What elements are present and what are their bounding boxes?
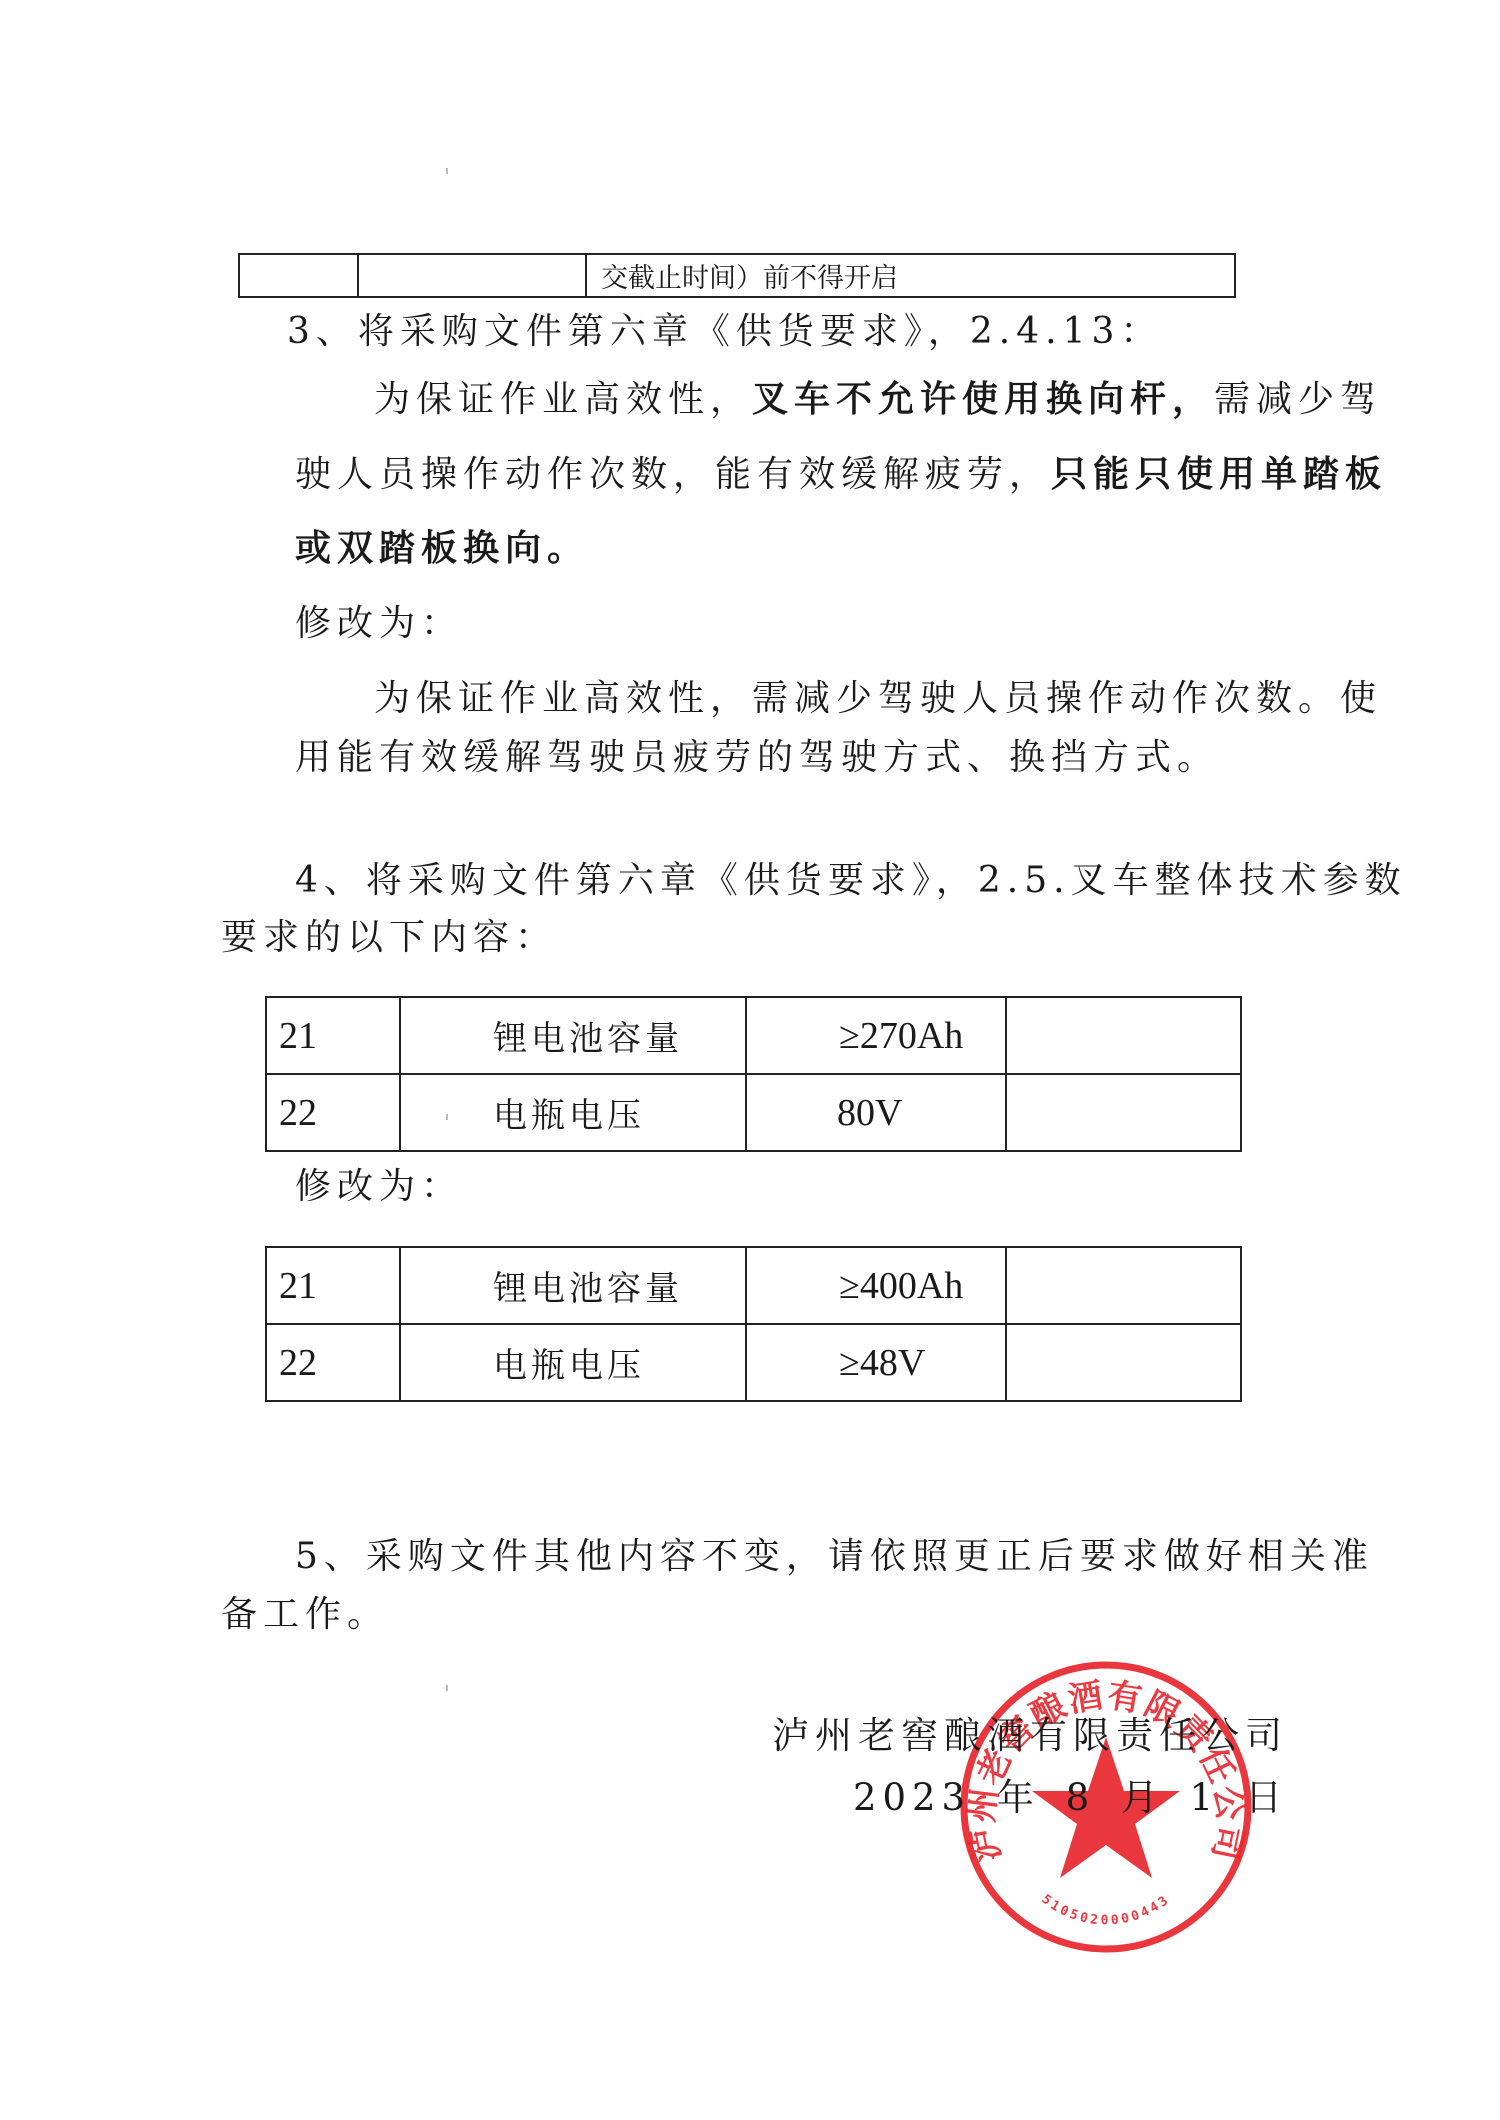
scan-speck <box>446 1685 448 1691</box>
svg-text:5105020000443: 5105020000443 <box>1039 1892 1174 1929</box>
bold-text: 只能只使用单踏板 <box>1051 453 1387 495</box>
table-row: 22 电瓶电压 ≥48V <box>266 1324 1241 1401</box>
row-number: 22 <box>266 1074 400 1151</box>
param-name: 锂电池容量 <box>400 997 746 1074</box>
text: 为保证作业高效性， <box>374 379 752 420</box>
table-row: 21 锂电池容量 ≥270Ah <box>266 997 1241 1074</box>
modify-label: 修改为： <box>295 602 463 646</box>
table-cell <box>239 254 358 297</box>
revised-spec-table: 21 锂电池容量 ≥400Ah 22 电瓶电压 ≥48V <box>265 1246 1242 1402</box>
param-value: ≥270Ah <box>746 997 1006 1074</box>
param-note <box>1006 1074 1241 1151</box>
bold-text: 叉车不允许使用换向杆， <box>752 378 1214 420</box>
param-note <box>1006 1247 1241 1324</box>
signature-date: 2023 年 8 月 1 日 <box>853 1776 1288 1820</box>
stamp-code-text: 5105020000443 <box>1039 1892 1174 1929</box>
param-name: 电瓶电压 <box>400 1324 746 1401</box>
section3-heading: 3、将采购文件第六章《供货要求》，2.4.13： <box>287 310 1162 354</box>
section5-line2: 备工作。 <box>221 1593 389 1637</box>
param-name: 锂电池容量 <box>400 1247 746 1324</box>
section3-revised-line1: 为保证作业高效性，需减少驾驶人员操作动作次数。使 <box>374 677 1382 721</box>
row-number: 21 <box>266 997 400 1074</box>
row-number: 22 <box>266 1324 400 1401</box>
section4-heading-line1: 4、将采购文件第六章《供货要求》，2.5.叉车整体技术参数 <box>295 859 1407 903</box>
param-value: 80V <box>746 1074 1006 1151</box>
section3-original-line1: 为保证作业高效性，叉车不允许使用换向杆，需减少驾 <box>374 377 1382 422</box>
original-spec-table: 21 锂电池容量 ≥270Ah 22 电瓶电压 80V <box>265 996 1242 1152</box>
param-note <box>1006 1324 1241 1401</box>
param-note <box>1006 997 1241 1074</box>
table-cell <box>358 254 586 297</box>
top-continuation-table: 交截止时间）前不得开启 <box>238 253 1236 298</box>
section4-heading-line2: 要求的以下内容： <box>221 916 557 960</box>
modify-label: 修改为： <box>295 1165 463 1209</box>
row-number: 21 <box>266 1247 400 1324</box>
signature-company: 泸州老窖酿酒有限责任公司 <box>772 1714 1288 1758</box>
section3-original-line3: 或双踏板换向。 <box>295 526 589 570</box>
section3-revised-line2: 用能有效缓解驾驶员疲劳的驾驶方式、换挡方式。 <box>295 736 1219 780</box>
table-cell: 交截止时间）前不得开启 <box>586 254 1235 297</box>
table-row: 22 电瓶电压 80V <box>266 1074 1241 1151</box>
param-value: ≥48V <box>746 1324 1006 1401</box>
text: 需减少驾 <box>1214 379 1382 420</box>
section3-original-line2: 驶人员操作动作次数，能有效缓解疲劳，只能只使用单踏板 <box>295 452 1387 497</box>
scan-speck <box>446 168 448 174</box>
param-name: 电瓶电压 <box>400 1074 746 1151</box>
param-value: ≥400Ah <box>746 1247 1006 1324</box>
table-row: 21 锂电池容量 ≥400Ah <box>266 1247 1241 1324</box>
section5-line1: 5、采购文件其他内容不变，请依照更正后要求做好相关准 <box>295 1535 1374 1579</box>
text: 驶人员操作动作次数，能有效缓解疲劳， <box>295 454 1051 495</box>
